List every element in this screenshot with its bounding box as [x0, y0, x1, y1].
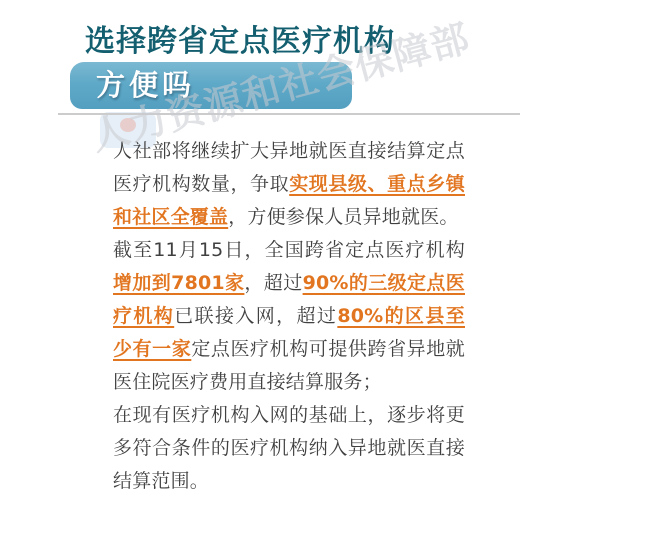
body-text: 人社部将继续扩大异地就医直接结算定点医疗机构数量，争取实现县级、重点乡镇和社区全…: [113, 135, 465, 498]
body-segment: 截至11月15日，全国跨省定点医疗机构: [113, 239, 465, 261]
body-segment: 在现有医疗机构入网的基础上，逐步将更多符合条件的医疗机构纳入异地就医直接结算范围…: [113, 404, 465, 492]
subtitle-banner-label: 方便吗: [96, 62, 195, 109]
body-paragraph: 在现有医疗机构入网的基础上，逐步将更多符合条件的医疗机构纳入异地就医直接结算范围…: [113, 399, 465, 498]
emblem-blob: [120, 118, 136, 132]
infographic-page: 人力资源和社会保障部 选择跨省定点医疗机构 方便吗 人社部将继续扩大异地就医直接…: [0, 0, 657, 557]
body-segment: ，方便参保人员异地就医。: [228, 206, 458, 228]
subtitle-banner: 方便吗: [70, 62, 352, 109]
body-paragraph: 人社部将继续扩大异地就医直接结算定点医疗机构数量，争取实现县级、重点乡镇和社区全…: [113, 135, 465, 234]
highlighted-text: 增加到7801家: [113, 272, 244, 294]
body-segment: ，超过: [244, 272, 302, 294]
body-paragraph: 截至11月15日，全国跨省定点医疗机构增加到7801家，超过90%的三级定点医疗…: [113, 234, 465, 399]
body-segment: 已联接入网，超过: [174, 305, 337, 327]
page-title: 选择跨省定点医疗机构: [85, 24, 395, 60]
header-divider: [58, 113, 520, 115]
